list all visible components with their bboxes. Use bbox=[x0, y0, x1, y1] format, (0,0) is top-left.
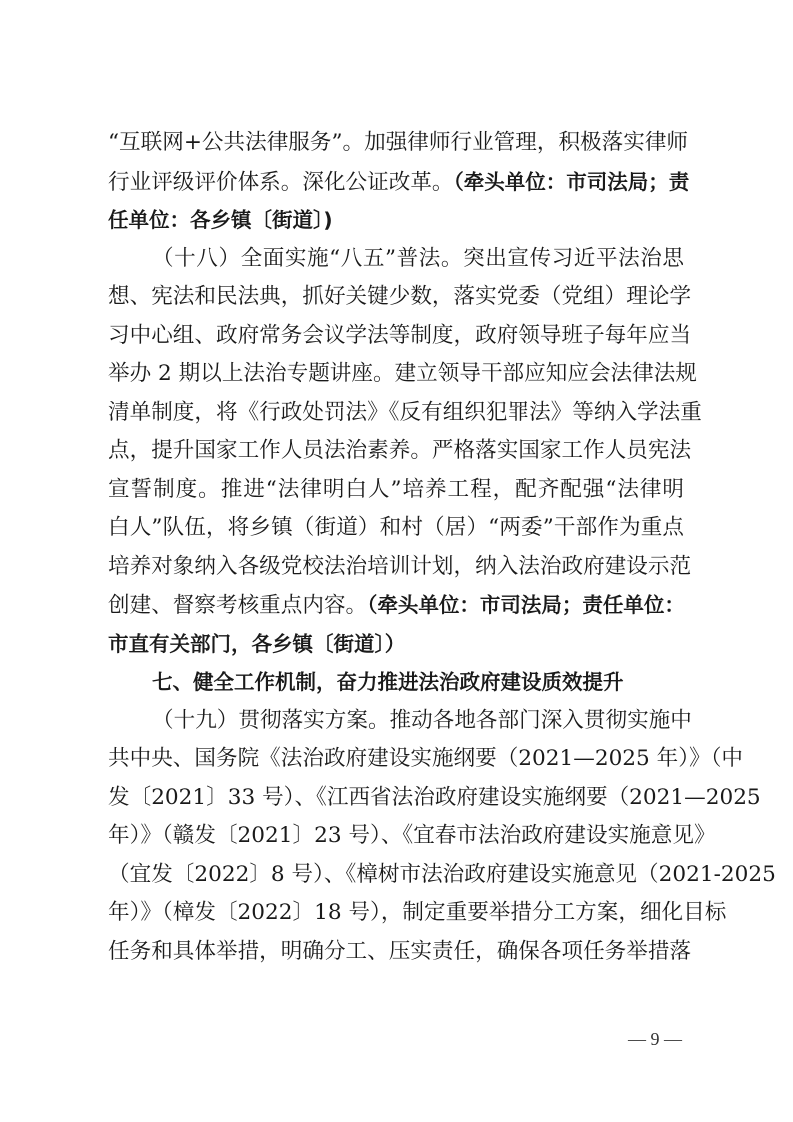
text-line: 共中央、国务院《法治政府建设实施纲要（2021—2025 年）》（中 bbox=[108, 744, 684, 774]
body-segment: 发〔2021〕33 号）、《江西省法治政府建设实施纲要（2021—2025 bbox=[108, 785, 761, 810]
text-line: 发〔2021〕33 号）、《江西省法治政府建设实施纲要（2021—2025 bbox=[108, 783, 684, 813]
text-line: 年）》（赣发〔2021〕23 号）、《宜春市法治政府建设实施意见》 bbox=[108, 821, 684, 851]
text-line: 举办 2 期以上法治专题讲座。建立领导干部应知应会法律法规 bbox=[108, 359, 684, 389]
responsibility-note: 任单位：各乡镇〔街道〕) bbox=[108, 208, 333, 232]
body-segment: 举办 2 期以上法治专题讲座。建立领导干部应知应会法律法规 bbox=[108, 361, 697, 386]
text-line: （十八）全面实施“八五”普法。突出宣传习近平法治思 bbox=[152, 244, 684, 274]
text-line: 市直有关部门，各乡镇〔街道〕） bbox=[108, 629, 684, 659]
text-line: 行业评级评价体系。深化公证改革。（牵头单位：市司法局；责 bbox=[108, 167, 684, 197]
text-line: 培养对象纳入各级党校法治培训计划，纳入法治政府建设示范 bbox=[108, 552, 684, 582]
text-line: 年）》（樟发〔2022〕18 号），制定重要举措分工方案，细化目标 bbox=[108, 898, 684, 928]
body-segment: 宣誓制度。推进“法律明白人”培养工程，配齐配强“法律明 bbox=[108, 477, 684, 502]
responsibility-note: 市直有关部门，各乡镇〔街道〕） bbox=[108, 632, 405, 656]
body-segment: 年）》（樟发〔2022〕18 号），制定重要举措分工方案，细化目标 bbox=[108, 900, 726, 925]
responsibility-note: （牵头单位：市司法局；责任单位： bbox=[367, 593, 685, 617]
body-segment: 任务和具体举措，明确分工、压实责任，确保各项任务举措落 bbox=[108, 939, 691, 964]
body-segment: 行业评级评价体系。深化公证改革。 bbox=[108, 170, 454, 195]
text-line: 任单位：各乡镇〔街道〕) bbox=[108, 205, 684, 235]
text-line: 点，提升国家工作人员法治素养。严格落实国家工作人员宪法 bbox=[108, 436, 684, 466]
text-line: （宜发〔2022〕8 号）、《樟树市法治政府建设实施意见（2021-2025 bbox=[108, 860, 684, 890]
text-line: 宣誓制度。推进“法律明白人”培养工程，配齐配强“法律明 bbox=[108, 475, 684, 505]
body-segment: （宜发〔2022〕8 号）、《樟树市法治政府建设实施意见（2021-2025 bbox=[108, 862, 776, 887]
body-segment: 创建、督察考核重点内容。 bbox=[108, 593, 367, 618]
body-segment: 想、宪法和民法典，抓好关键少数，落实党委（党组）理论学 bbox=[108, 284, 691, 309]
text-line: （十九）贯彻落实方案。推动各地各部门深入贯彻实施中 bbox=[152, 706, 684, 736]
text-line: 创建、督察考核重点内容。（牵头单位：市司法局；责任单位： bbox=[108, 590, 684, 620]
section-heading: 七、健全工作机制，奋力推进法治政府建设质效提升 bbox=[152, 667, 684, 697]
text-line: 清单制度，将《行政处罚法》《反有组织犯罪法》等纳入学法重 bbox=[108, 398, 684, 428]
document-page: “互联网+公共法律服务”。加强律师行业管理，积极落实律师行业评级评价体系。深化公… bbox=[0, 0, 793, 1122]
text-line: 任务和具体举措，明确分工、压实责任，确保各项任务举措落 bbox=[108, 937, 684, 967]
body-segment: “互联网+公共法律服务”。加强律师行业管理，积极落实律师 bbox=[108, 130, 688, 155]
body-segment: 年）》（赣发〔2021〕23 号）、《宜春市法治政府建设实施意见》 bbox=[108, 823, 716, 848]
body-segment: （十八）全面实施“八五”普法。突出宣传习近平法治思 bbox=[152, 246, 684, 271]
text-line: 习中心组、政府常务会议学法等制度，政府领导班子每年应当 bbox=[108, 321, 684, 351]
text-line: “互联网+公共法律服务”。加强律师行业管理，积极落实律师 bbox=[108, 128, 684, 158]
body-segment: 点，提升国家工作人员法治素养。严格落实国家工作人员宪法 bbox=[108, 438, 691, 463]
text-line: 白人”队伍，将乡镇（街道）和村（居）“两委”干部作为重点 bbox=[108, 513, 684, 543]
page-number: — 9 — bbox=[620, 1026, 690, 1052]
body-segment: 共中央、国务院《法治政府建设实施纲要（2021—2025 年）》（中 bbox=[108, 746, 743, 771]
body-segment: 习中心组、政府常务会议学法等制度，政府领导班子每年应当 bbox=[108, 323, 691, 348]
text-line: 想、宪法和民法典，抓好关键少数，落实党委（党组）理论学 bbox=[108, 282, 684, 312]
body-segment: 清单制度，将《行政处罚法》《反有组织犯罪法》等纳入学法重 bbox=[108, 400, 702, 425]
body-segment: （十九）贯彻落实方案。推动各地各部门深入贯彻实施中 bbox=[152, 708, 692, 733]
body-segment: 培养对象纳入各级党校法治培训计划，纳入法治政府建设示范 bbox=[108, 554, 691, 579]
body-segment: 白人”队伍，将乡镇（街道）和村（居）“两委”干部作为重点 bbox=[108, 515, 684, 540]
responsibility-note: （牵头单位：市司法局；责 bbox=[454, 170, 690, 194]
